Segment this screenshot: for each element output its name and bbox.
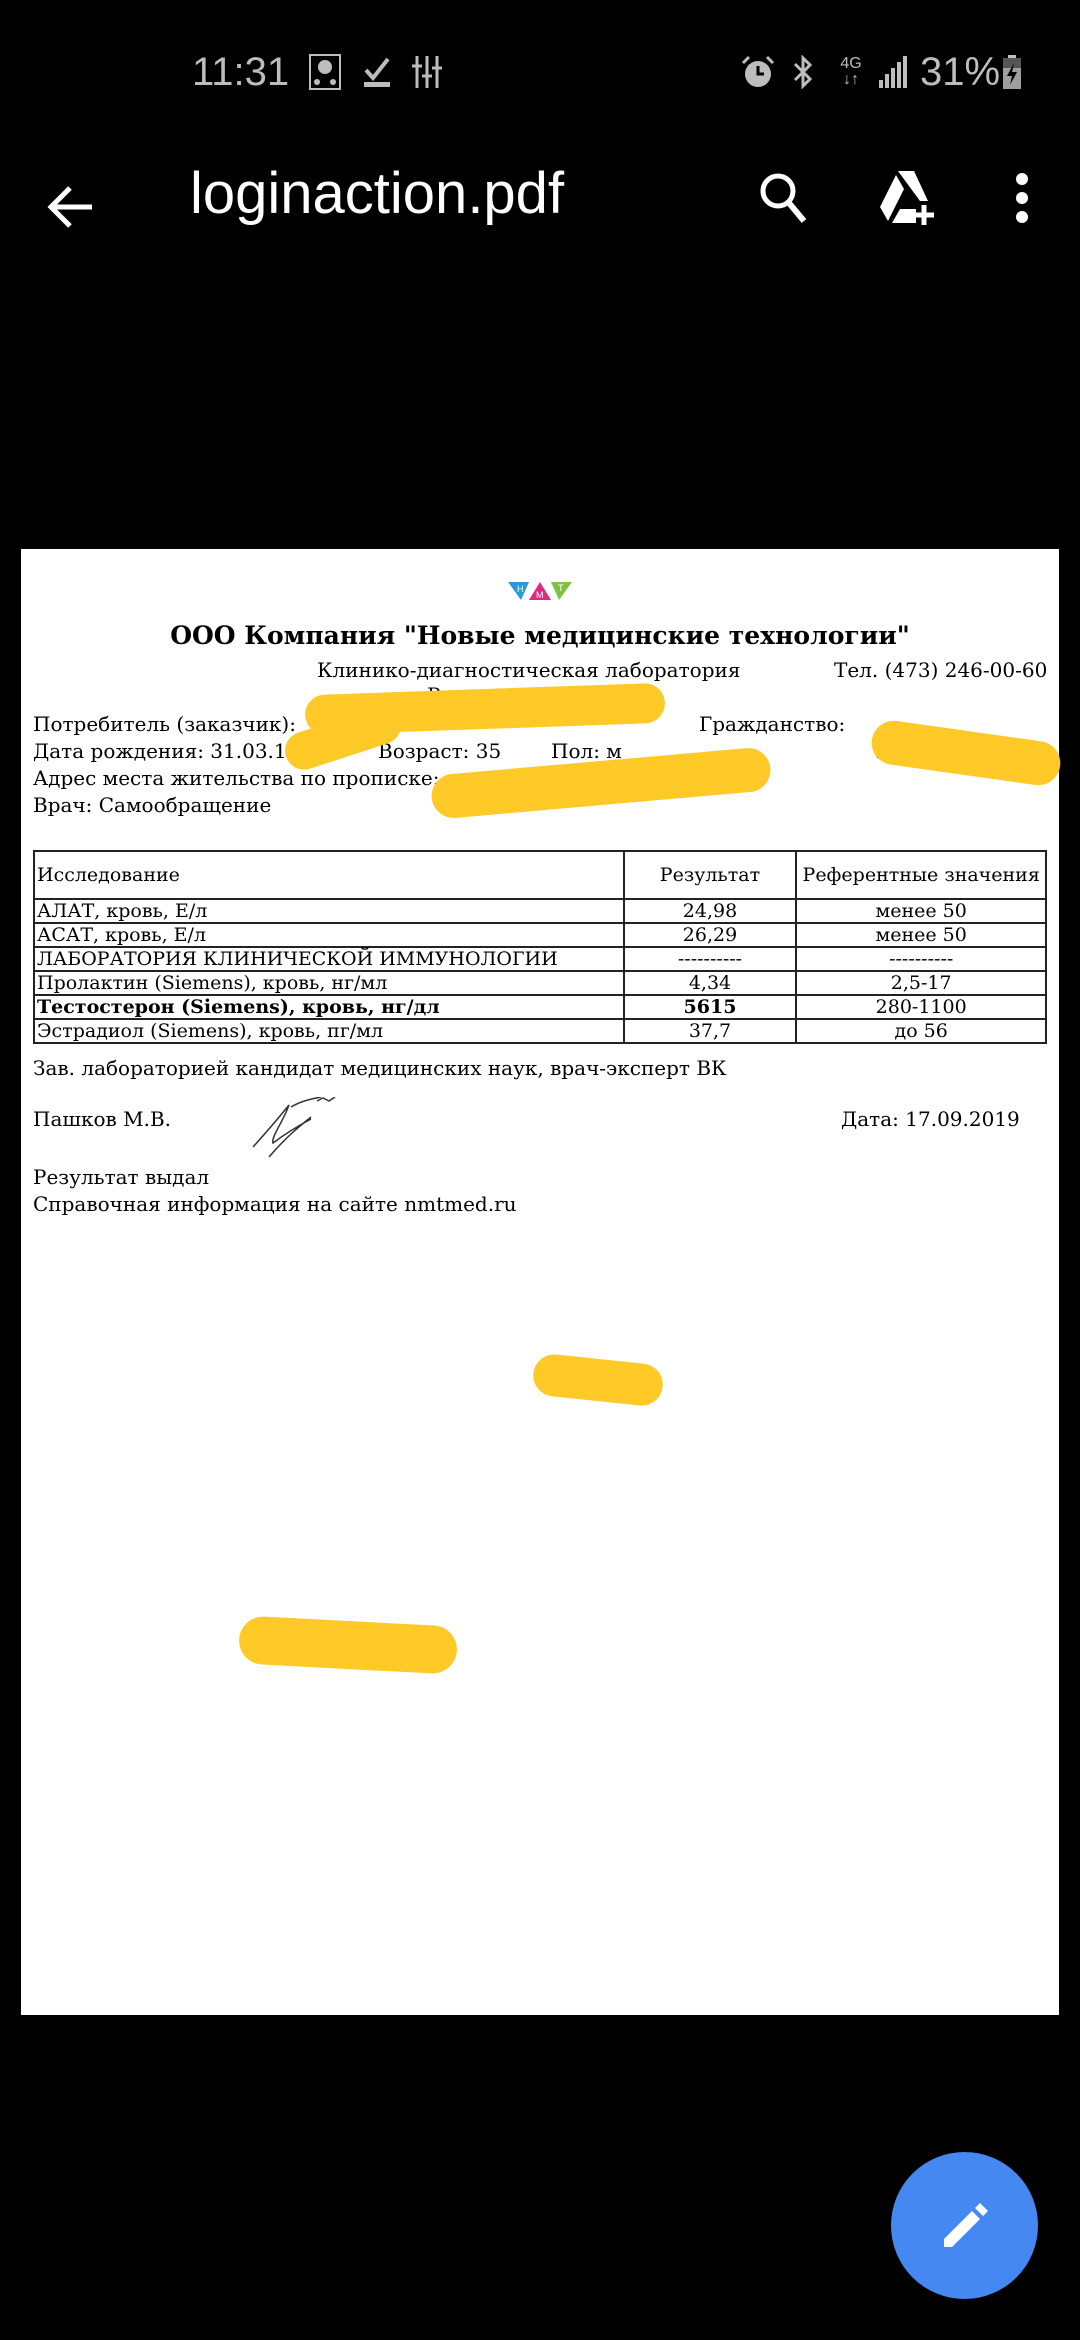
edit-fab[interactable] (891, 2152, 1038, 2299)
redaction-mark (869, 718, 1063, 788)
head-of-lab: Зав. лабораторией кандидат медицинских н… (33, 1056, 727, 1080)
citizenship-label: Гражданство: (699, 712, 845, 736)
table-row: Эстрадиол (Siemens), кровь, пг/мл 37,7 д… (34, 1019, 1046, 1043)
birth-date-label: Дата рождения: 31.03.1 (33, 739, 287, 763)
company-name: ООО Компания "Новые медицинские технолог… (21, 621, 1059, 650)
test-name: АСАТ, кровь, Е/л (34, 923, 624, 947)
file-title: loginaction.pdf (190, 160, 564, 227)
redaction-mark (531, 1352, 665, 1407)
table-row: ЛАБОРАТОРИЯ КЛИНИЧЕСКОЙ ИММУНОЛОГИИ ----… (34, 947, 1046, 971)
table-row-highlighted: Тестостерон (Siemens), кровь, нг/дл 5615… (34, 995, 1046, 1019)
column-header-reference: Референтные значения (796, 851, 1046, 899)
lab-name: Клинико-диагностическая лаборатория (317, 658, 740, 682)
alarm-icon (740, 52, 776, 92)
test-result: 37,7 (624, 1019, 797, 1043)
test-result: 5615 (624, 995, 797, 1019)
test-reference: менее 50 (796, 923, 1046, 947)
equalizer-icon (410, 52, 444, 92)
table-row: Пролактин (Siemens), кровь, нг/мл 4,34 2… (34, 971, 1046, 995)
signer-name: Пашков М.В. (33, 1107, 171, 1131)
pdf-page[interactable]: Н М Т ООО Компания "Новые медицинские те… (21, 549, 1059, 2015)
report-date: Дата: 17.09.2019 (841, 1107, 1020, 1131)
search-button[interactable] (743, 158, 823, 238)
lab-phone: Тел. (473) 246-00-60 (834, 658, 1047, 682)
test-reference: 2,5-17 (796, 971, 1046, 995)
status-bar: 11:31 4G↓↑ 31% (0, 0, 1080, 150)
drive-add-button[interactable] (868, 158, 948, 238)
issued-by-label: Результат выдал (33, 1165, 209, 1189)
network-4g-icon: 4G↓↑ (836, 52, 866, 92)
drive-add-icon (878, 171, 938, 225)
search-icon (758, 171, 808, 225)
doctor-label: Врач: Самообращение (33, 793, 271, 817)
signature (251, 1097, 351, 1164)
address-label: Адрес места жительства по прописке: (33, 766, 439, 790)
column-header-test: Исследование (34, 851, 624, 899)
consumer-label: Потребитель (заказчик): (33, 712, 296, 736)
test-name: Тестостерон (Siemens), кровь, нг/дл (34, 995, 624, 1019)
more-vert-icon (1014, 173, 1030, 223)
more-options-button[interactable] (982, 158, 1062, 238)
column-header-result: Результат (624, 851, 797, 899)
test-reference: менее 50 (796, 899, 1046, 923)
bluetooth-icon (788, 52, 818, 92)
signal-icon (876, 52, 910, 92)
status-time: 11:31 (192, 50, 289, 95)
battery-charging-icon (1002, 52, 1022, 92)
screen-recorder-icon (308, 52, 342, 92)
test-result: 24,98 (624, 899, 797, 923)
battery-percent: 31% (920, 50, 1000, 95)
test-reference: 280-1100 (796, 995, 1046, 1019)
test-name: Эстрадиол (Siemens), кровь, пг/мл (34, 1019, 624, 1043)
test-reference: до 56 (796, 1019, 1046, 1043)
svg-text:Т: Т (558, 583, 564, 593)
svg-text:Н: Н (517, 584, 524, 594)
test-reference: ---------- (796, 947, 1046, 971)
table-row: АСАТ, кровь, Е/л 26,29 менее 50 (34, 923, 1046, 947)
test-name: ЛАБОРАТОРИЯ КЛИНИЧЕСКОЙ ИММУНОЛОГИИ (34, 947, 624, 971)
test-result: ---------- (624, 947, 797, 971)
download-done-icon (360, 52, 394, 92)
test-name: АЛАТ, кровь, Е/л (34, 899, 624, 923)
age-label: Возраст: 35 (378, 739, 501, 763)
table-row: АЛАТ, кровь, Е/л 24,98 менее 50 (34, 899, 1046, 923)
table-header-row: Исследование Результат Референтные значе… (34, 851, 1046, 899)
app-bar: loginaction.pdf (0, 150, 1080, 270)
info-website: Справочная информация на сайте nmtmed.ru (33, 1192, 517, 1216)
test-result: 4,34 (624, 971, 797, 995)
company-logo: Н М Т (508, 580, 572, 606)
results-table: Исследование Результат Референтные значе… (33, 850, 1047, 1044)
redaction-mark (238, 1615, 458, 1674)
edit-icon (940, 2201, 990, 2251)
back-button[interactable] (46, 170, 106, 240)
test-name: Пролактин (Siemens), кровь, нг/мл (34, 971, 624, 995)
svg-text:М: М (536, 590, 544, 600)
test-result: 26,29 (624, 923, 797, 947)
